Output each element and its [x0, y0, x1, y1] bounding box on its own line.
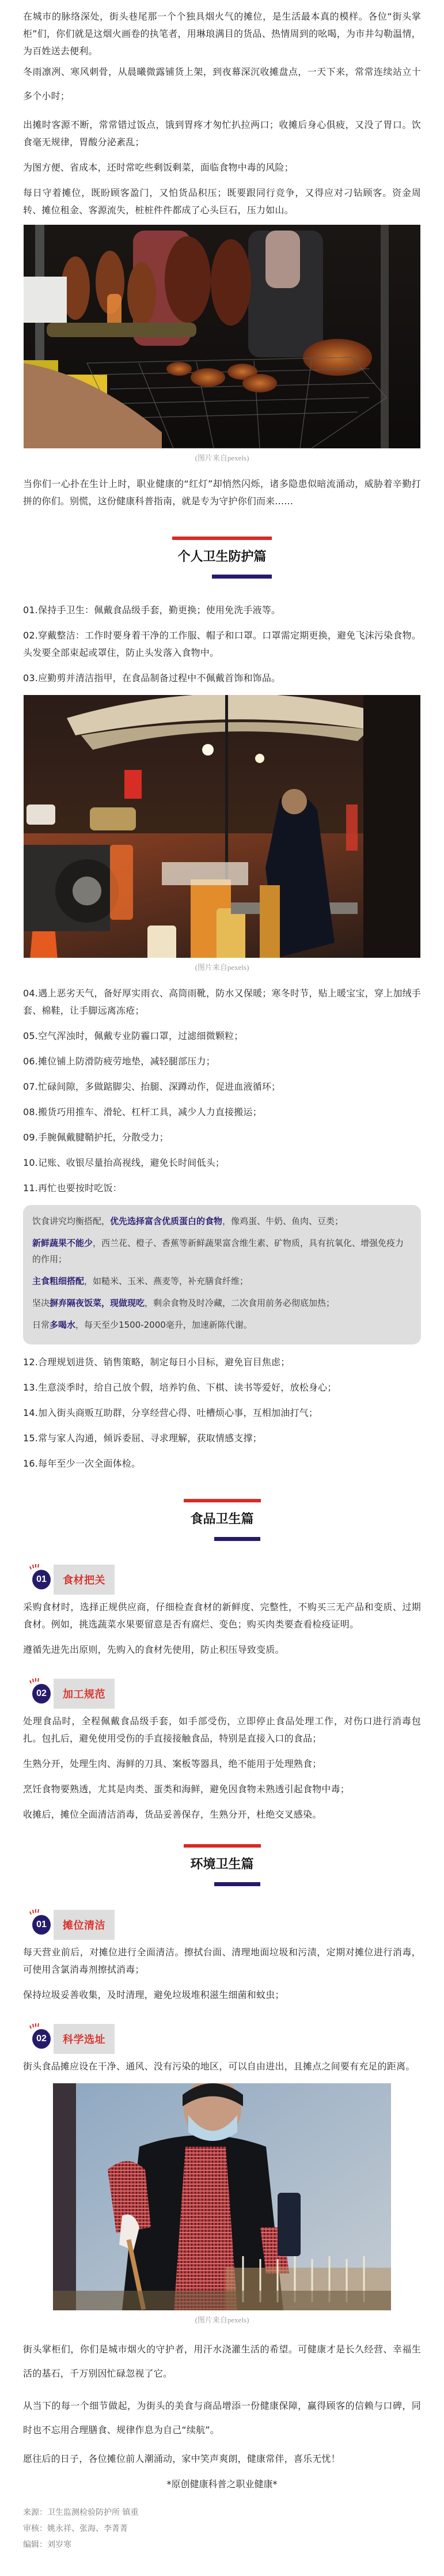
subsection-heading: 02 加工规范 — [23, 1678, 421, 1709]
subsection-paragraph: 保持垃圾妥善收集，及时清理，避免垃圾堆积滋生细菌和蚊虫； — [23, 1986, 421, 2004]
section-header-personal: 个人卫生防护篇 — [172, 537, 272, 579]
tip-item: 03.应勤剪并清洁指甲，在食品制备过程中不佩戴首饰和饰品。 — [23, 670, 421, 687]
diet-tip: 坚决摒弃隔夜饭菜，现做现吃，剩余食物及时冷藏，二次食用前务必彻底加热； — [32, 1295, 412, 1311]
diet-tips-box: 饮食讲究均衡搭配，优先选择富含优质蛋白的食物，像鸡蛋、牛奶、鱼肉、豆类； 新鲜蔬… — [23, 1205, 421, 1344]
credit-editor: 编辑：刘岁寒 — [23, 2537, 421, 2553]
spark-icon — [29, 2022, 40, 2029]
tip-item: 13.生意淡季时，给自己放个假，培养钓鱼、下棋、读书等爱好，放松身心； — [23, 1379, 421, 1396]
vendor-woman-cooking-skewers-photo — [53, 2083, 391, 2310]
spark-icon — [29, 1563, 40, 1570]
transition-paragraph: 当你们一心扑在生计上时，职业健康的“红灯”却悄然闪烁，诸多隐患似暗流涌动，威胁着… — [23, 475, 421, 510]
intro-paragraph: 每日守着摊位，既盼顾客盈门，又怕货品积压；既要跟同行竞争，又得应对刁钻顾客。资金… — [23, 184, 421, 219]
section-title: 环境卫生篇 — [184, 1856, 261, 1874]
tip-item: 07.忙碌间隙，多做踮脚尖、抬腿、深蹲动作，促进血液循环； — [23, 1078, 421, 1096]
image-caption: (图片来自pexels) — [23, 2314, 421, 2325]
diet-tip: 日常多喝水，每天至少1500-2000毫升，加速新陈代谢。 — [32, 1317, 412, 1333]
diet-tip-highlight: 优先选择富含优质蛋白的食物 — [110, 1216, 222, 1226]
intro-paragraph: 在城市的脉络深处，街头巷尾那一个个独具烟火气的摊位，是生活最本真的模样。各位“街… — [23, 8, 421, 60]
red-accent-bar — [184, 1499, 261, 1502]
tip-item: 16.每年至少一次全面体检。 — [23, 1455, 421, 1472]
spark-icon — [29, 1677, 40, 1684]
night-market-grill-photo — [24, 225, 420, 448]
figure-grill: (图片来自pexels) — [23, 225, 421, 463]
subsection-paragraph: 街头食品摊应设在干净、通风、没有污染的地区，可以自由进出，且摊点之间要有充足的距… — [23, 2058, 421, 2075]
subsection-paragraph: 采购食材时，选择正规供应商，仔细检查食材的新鲜度、完整性，不购买三无产品和变质、… — [23, 1599, 421, 1633]
subsection-paragraph: 生熟分开，处理生肉、海鲜的刀具、案板等器具，绝不能用于处理熟食； — [23, 1755, 421, 1773]
subsection-label: 食材把关 — [54, 1565, 115, 1595]
subsection-paragraph: 处理食品时，全程佩戴食品级手套，如手部受伤，立即停止食品处理工作，对伤口进行消毒… — [23, 1713, 421, 1747]
credit-review: 审核：姚永祥、张海、李菁菁 — [23, 2521, 421, 2537]
subsection-paragraph: 烹饪食物要熟透，尤其是肉类、蛋类和海鲜，避免因食物未熟透引起食物中毒； — [23, 1781, 421, 1798]
intro-paragraph: 冬雨凛冽、寒风刺骨，从晨曦微露铺货上架，到夜幕深沉收摊盘点，一天下来，常常连续站… — [23, 60, 421, 108]
tip-item: 05.空气浑浊时，佩戴专业防霾口罩，过滤细微颗粒； — [23, 1028, 421, 1045]
subsection-heading: 01 食材把关 — [23, 1564, 421, 1595]
section-title: 食品卫生篇 — [184, 1510, 261, 1529]
tip-item: 08.搬货巧用推车、滑轮、杠杆工具，减少人力直接搬运； — [23, 1104, 421, 1121]
image-caption: (图片来自pexels) — [23, 452, 421, 463]
tip-item: 12.合理规划进货、销售策略，制定每日小目标，避免盲目焦虑； — [23, 1354, 421, 1371]
subsection-label: 摊位清洁 — [54, 1910, 115, 1940]
tip-item: 11.再忙也要按时吃饭： — [23, 1180, 421, 1197]
subsection-label: 科学选址 — [54, 2024, 115, 2054]
tip-item: 15.常与家人沟通，倾诉委屈、寻求理解，获取情感支撑； — [23, 1430, 421, 1447]
diet-tip: 新鲜蔬果不能少，西兰花、橙子、香蕉等新鲜蔬果富含维生素、矿物质，具有抗氧化、增强… — [32, 1235, 412, 1267]
red-accent-bar — [184, 1844, 261, 1848]
subsection-heading: 02 科学选址 — [23, 2023, 421, 2054]
diet-tip-highlight: 新鲜蔬果不能少 — [32, 1238, 93, 1248]
article: 在城市的脉络深处，街头巷尾那一个个独具烟火气的摊位，是生活最本真的模样。各位“街… — [0, 0, 444, 2576]
tip-item: 14.加入街头商贩互助群，分享经营心得、吐槽烦心事，互相加油打气； — [23, 1404, 421, 1422]
tagline: *原创健康科普之职业健康* — [23, 2476, 421, 2493]
tip-item: 04.遇上恶劣天气，备好厚实雨衣、高筒雨靴，防水又保暖；寒冬时节，贴上暖宝宝，穿… — [23, 985, 421, 1019]
diet-tip-highlight: 多喝水 — [50, 1320, 75, 1330]
closing-paragraph: 愿往后的日子，各位摊位前人潮涌动，家中笑声爽朗，健康常伴，喜乐无忧！ — [23, 2450, 421, 2468]
number-badge: 02 — [32, 2029, 51, 2049]
navy-accent-bar — [214, 1882, 260, 1886]
navy-accent-bar — [214, 1537, 260, 1541]
number-badge: 01 — [32, 1570, 51, 1589]
tip-item: 06.摊位铺上防滑防疲劳地垫，减轻腿部压力； — [23, 1053, 421, 1070]
diet-tip: 主食粗细搭配，如糙米、玉米、燕麦等，补充膳食纤维； — [32, 1273, 412, 1289]
subsection-label: 加工规范 — [54, 1679, 115, 1709]
figure-vendor: (图片来自pexels) — [23, 2083, 421, 2325]
red-accent-bar — [172, 537, 272, 540]
tip-item: 09.手腕佩戴腱鞘护托，分散受力； — [23, 1129, 421, 1146]
diet-tip: 饮食讲究均衡搭配，优先选择富含优质蛋白的食物，像鸡蛋、牛奶、鱼肉、豆类； — [32, 1213, 412, 1229]
subsection-paragraph: 收摊后，摊位全面清洁消毒，货品妥善保存，生熟分开，杜绝交叉感染。 — [23, 1806, 421, 1823]
subsection-heading: 01 摊位清洁 — [23, 1909, 421, 1940]
tip-item: 01.保持手卫生：佩戴食品级手套，勤更换；使用免洗手液等。 — [23, 602, 421, 619]
navy-accent-bar — [212, 575, 272, 579]
intro-paragraph: 出摊时客源不断，常常错过饭点，饿到胃疼才匆忙扒拉两口；收摊后身心俱疲，又没了胃口… — [23, 116, 421, 151]
closing-paragraph: 从当下的每一个细节做起，为街头的美食与商品增添一份健康保障，赢得顾客的信赖与口碑… — [23, 2394, 421, 2442]
image-caption: (图片来自pexels) — [23, 961, 421, 972]
diet-tip-highlight: 主食粗细搭配 — [32, 1276, 84, 1286]
tip-item: 10.记账、收银尽量抬高视线，避免长时间低头； — [23, 1154, 421, 1172]
intro-paragraph: 为图方便、省成本，还时常吃些剩饭剩菜，面临食物中毒的风险； — [23, 159, 421, 176]
number-badge: 02 — [32, 1684, 51, 1704]
section-title: 个人卫生防护篇 — [172, 548, 272, 566]
diet-tip-highlight: 摒弃隔夜饭菜，现做现吃 — [50, 1298, 145, 1308]
section-header-environment: 环境卫生篇 — [184, 1844, 261, 1886]
figure-rainy-stall: (图片来自pexels) — [23, 695, 421, 972]
spark-icon — [29, 1908, 40, 1915]
closing-paragraph: 街头掌柜们，你们是城市烟火的守护者，用汗水浇灌生活的希望。可健康才是长久经营、幸… — [23, 2337, 421, 2386]
credit-source: 来源：卫生监测检验防护所 镇重 — [23, 2505, 421, 2521]
section-header-food: 食品卫生篇 — [184, 1499, 261, 1541]
subsection-paragraph: 每天营业前后，对摊位进行全面清洁。擦拭台面、清理地面垃圾和污渍，定期对摊位进行消… — [23, 1944, 421, 1978]
subsection-paragraph: 遵循先进先出原则，先购入的食材先使用，防止积压导致变质。 — [23, 1641, 421, 1659]
rainy-night-street-stall-photo — [24, 695, 420, 958]
tip-item: 02.穿戴整洁：工作时要身着干净的工作服、帽子和口罩。口罩需定期更换，避免飞沫污… — [23, 627, 421, 662]
number-badge: 01 — [32, 1915, 51, 1935]
